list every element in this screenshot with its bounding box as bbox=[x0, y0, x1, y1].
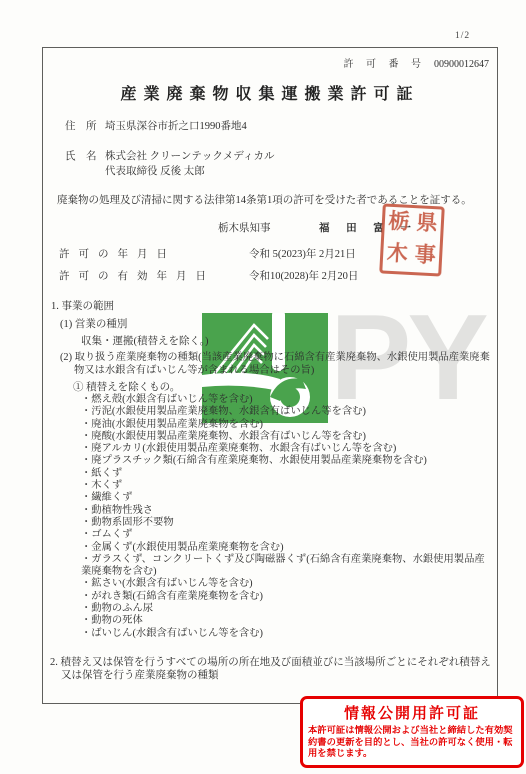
seal-character: 県 bbox=[412, 208, 442, 241]
waste-item: ・廃油(水銀使用製品産業廃棄物を含む) bbox=[81, 419, 493, 431]
information-disclosure-box: 情報公開用許可証 本許可証は情報公開および当社と締結した有効契約書の更新を目的と… bbox=[300, 696, 524, 768]
waste-item: ・廃プラスチック類(石綿含有産業廃棄物、水銀使用製品産業廃棄物を含む) bbox=[81, 455, 493, 467]
waste-subsection-heading: ① 積替えを除くもの。 bbox=[73, 379, 180, 394]
expiry-date-value: 令和10(2028)年 2月20日 bbox=[249, 268, 358, 283]
permit-number-value: 00900012647 bbox=[434, 59, 489, 70]
name-label: 氏名 bbox=[65, 151, 107, 162]
seal-character: 栃 bbox=[384, 207, 414, 240]
document-title: 産業廃棄物収集運搬業許可証 bbox=[43, 81, 497, 104]
disclosure-box-title: 情報公開用許可証 bbox=[303, 702, 521, 723]
issuer-title: 栃木県知事 bbox=[218, 220, 271, 235]
section2-text: 2. 積替え又は保管を行うすべての場所の所在地及び面積並びに当該場所ごとにそれぞ… bbox=[50, 656, 498, 682]
scanned-permit-page: PY 1/2 許 可 番 号00900012647 産業廃棄物収集運搬業許可証 … bbox=[0, 0, 526, 774]
waste-item: ・動物の死体 bbox=[81, 615, 493, 627]
business-type-heading: (1) 営業の種別 bbox=[60, 316, 127, 331]
address-value: 埼玉県深谷市折之口1990番地4 bbox=[105, 118, 247, 133]
permit-document-frame: 許 可 番 号00900012647 産業廃棄物収集運搬業許可証 住所 埼玉県深… bbox=[42, 47, 498, 704]
waste-item: ・汚泥(水銀使用製品産業廃棄物、水銀含有ばいじん等を含む) bbox=[81, 406, 493, 418]
waste-item: ・繊維くず bbox=[81, 492, 493, 504]
expiry-date-label: 許可の有効年月日 bbox=[59, 268, 215, 283]
representative-name: 代表取締役 反後 太郎 bbox=[105, 163, 205, 178]
grant-date-row: 許可の年月日 令和 5(2023)年 2月21日 bbox=[43, 246, 497, 260]
waste-item: ・木くず bbox=[81, 480, 493, 492]
address-row: 住所 埼玉県深谷市折之口1990番地4 bbox=[65, 118, 107, 133]
business-type-value: 収集・運搬(積替えを除く。) bbox=[81, 333, 209, 348]
waste-item: ・燃え殻(水銀含有ばいじん等を含む) bbox=[81, 394, 493, 406]
waste-item: ・動植物性残さ bbox=[81, 505, 493, 517]
disclosure-box-body: 本許可証は情報公開および当社と締結した有効契約書の更新を目的とし、当社の許可なく… bbox=[308, 725, 516, 760]
page-indicator: 1/2 bbox=[455, 31, 470, 41]
waste-item: ・紙くず bbox=[81, 468, 493, 480]
waste-item: ・動物のふん尿 bbox=[81, 603, 493, 615]
waste-type-list: ・燃え殻(水銀含有ばいじん等を含む)・汚泥(水銀使用製品産業廃棄物、水銀含有ばい… bbox=[81, 394, 493, 640]
official-red-seal: 栃 県 木 事 bbox=[379, 203, 445, 276]
grant-date-label: 許可の年月日 bbox=[59, 246, 176, 261]
waste-item: ・廃酸(水銀使用製品産業廃棄物、水銀含有ばいじん等を含む) bbox=[81, 431, 493, 443]
address-label: 住所 bbox=[65, 121, 107, 132]
waste-item: ・ゴムくず bbox=[81, 529, 493, 541]
permit-number-row: 許 可 番 号00900012647 bbox=[344, 55, 490, 70]
waste-item: ・ばいじん(水銀含有ばいじん等を含む) bbox=[81, 628, 493, 640]
permit-number-label: 許 可 番 号 bbox=[344, 59, 427, 70]
expiry-date-row: 許可の有効年月日 令和10(2028)年 2月20日 bbox=[43, 268, 497, 282]
waste-item: ・動物系固形不要物 bbox=[81, 517, 493, 529]
waste-item: ・がれき類(石綿含有産業廃棄物を含む) bbox=[81, 591, 493, 603]
waste-item: ・廃アルカリ(水銀使用製品産業廃棄物、水銀含有ばいじん等を含む) bbox=[81, 443, 493, 455]
section1-heading: 1. 事業の範囲 bbox=[51, 298, 114, 313]
company-name: 株式会社 クリーンテックメディカル bbox=[105, 148, 274, 163]
name-row: 氏名 株式会社 クリーンテックメディカル 代表取締役 反後 太郎 bbox=[65, 148, 107, 163]
waste-types-heading: (2) 取り扱う産業廃棄物の種類(当該産業廃棄物に石綿含有産業廃棄物、水銀使用製… bbox=[60, 351, 494, 377]
waste-item: ・ガラスくず、コンクリートくず及び陶磁器くず(石綿含有産業廃棄物、水銀使用製品産… bbox=[81, 554, 493, 579]
waste-item: ・金属くず(水銀使用製品産業廃棄物を含む) bbox=[81, 542, 493, 554]
grant-date-value: 令和 5(2023)年 2月21日 bbox=[249, 246, 356, 261]
waste-item: ・鉱さい(水銀含有ばいじん等を含む) bbox=[81, 578, 493, 590]
